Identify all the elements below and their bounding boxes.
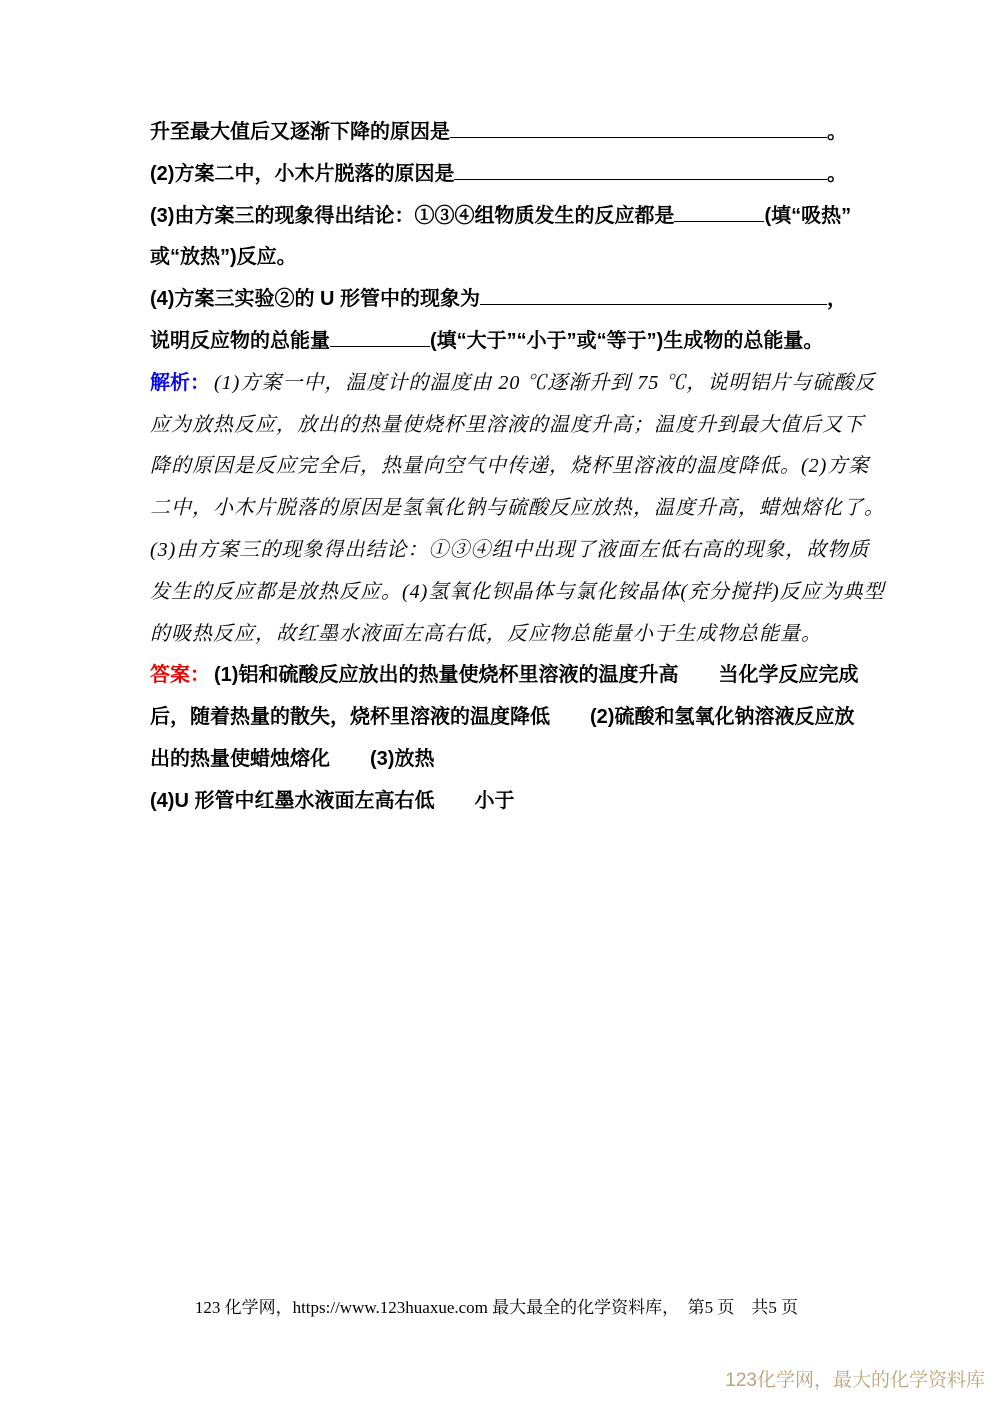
footer-text: 123 化学网，https://www.123huaxue.com 最大最全的化… — [195, 1298, 798, 1317]
analysis-line-6: 发生的反应都是放热反应。(4)氢氧化钡晶体与氯化铵晶体(充分搅拌)反应为典型 — [150, 572, 847, 614]
question-text: 或“放热”)反应。 — [150, 237, 297, 279]
analysis-line-5: (3)由方案三的现象得出结论：①③④组中出现了液面左低右高的现象，故物质 — [150, 530, 847, 572]
analysis-line-4: 二中，小木片脱落的原因是氢氧化钠与硫酸反应放热，温度升高，蜡烛熔化了。 — [150, 488, 847, 530]
answer-line-3: 出的热量使蜡烛熔化 (3)放热 — [150, 739, 847, 781]
answer-line-1: 答案： (1)铝和硫酸反应放出的热量使烧杯里溶液的温度升高 当化学反应完成 — [150, 655, 847, 697]
analysis-text: 降的原因是反应完全后，热量向空气中传递，烧杯里溶液的温度降低。(2)方案 — [150, 446, 869, 488]
answer-text: (4)U 形管中红墨水液面左高右低 小于 — [150, 781, 514, 823]
analysis-line-3: 降的原因是反应完全后，热量向空气中传递，烧杯里溶液的温度降低。(2)方案 — [150, 446, 847, 488]
answer-label: 答案： — [150, 655, 210, 697]
analysis-line-2: 应为放热反应，放出的热量使烧杯里溶液的温度升高；温度升到最大值后又下 — [150, 405, 847, 447]
analysis-text: 的吸热反应，故红墨水液面左高右低，反应物总能量小于生成物总能量。 — [150, 614, 822, 656]
punctuation: ， — [827, 279, 847, 321]
question-line-1-continuation: 升至最大值后又逐渐下降的原因是 。 — [150, 112, 847, 154]
question-text: 升至最大值后又逐渐下降的原因是 — [150, 112, 450, 154]
punctuation: 。 — [827, 112, 847, 154]
analysis-line-7: 的吸热反应，故红墨水液面左高右低，反应物总能量小于生成物总能量。 — [150, 614, 847, 656]
question-text: 说明反应物的总能量 — [150, 321, 330, 363]
question-text-tail: (填“吸热” — [764, 196, 851, 238]
fill-in-blank — [454, 178, 827, 180]
exercise-content: 升至最大值后又逐渐下降的原因是 。 (2)方案二中，小木片脱落的原因是 。 (3… — [150, 112, 847, 823]
analysis-text: 应为放热反应，放出的热量使烧杯里溶液的温度升高；温度升到最大值后又下 — [150, 405, 864, 447]
question-line-6: 说明反应物的总能量 (填“大于”“小于”或“等于”)生成物的总能量。 — [150, 321, 847, 363]
question-line-2: (2)方案二中，小木片脱落的原因是 。 — [150, 154, 847, 196]
analysis-text: 二中，小木片脱落的原因是氢氧化钠与硫酸反应放热，温度升高，蜡烛熔化了。 — [150, 488, 885, 530]
fill-in-blank — [480, 303, 827, 305]
fill-in-blank — [450, 136, 827, 138]
analysis-line-1: 解析： (1)方案一中，温度计的温度由 20 ℃逐渐升到 75 ℃，说明铝片与硫… — [150, 363, 847, 405]
document-page: { "colors": { "page_background": "#fffff… — [0, 0, 993, 1404]
question-line-3: (3)由方案三的现象得出结论：①③④组物质发生的反应都是 (填“吸热” — [150, 196, 847, 238]
question-text: (4)方案三实验②的 U 形管中的现象为 — [150, 279, 480, 321]
fill-in-blank — [674, 220, 764, 222]
question-text-tail: (填“大于”“小于”或“等于”)生成物的总能量。 — [430, 321, 823, 363]
answer-line-2: 后，随着热量的散失，烧杯里溶液的温度降低 (2)硫酸和氢氧化钠溶液反应放 — [150, 697, 847, 739]
answer-text: 后，随着热量的散失，烧杯里溶液的温度降低 (2)硫酸和氢氧化钠溶液反应放 — [150, 697, 854, 739]
question-line-5: (4)方案三实验②的 U 形管中的现象为 ， — [150, 279, 847, 321]
site-watermark: 123化学网，最大的化学资料库 — [725, 1369, 985, 1393]
analysis-text: 发生的反应都是放热反应。(4)氢氧化钡晶体与氯化铵晶体(充分搅拌)反应为典型 — [150, 572, 885, 614]
question-text: (2)方案二中，小木片脱落的原因是 — [150, 154, 454, 196]
punctuation: 。 — [827, 154, 847, 196]
analysis-label: 解析： — [150, 363, 210, 405]
analysis-text: (3)由方案三的现象得出结论：①③④组中出现了液面左低右高的现象，故物质 — [150, 530, 869, 572]
fill-in-blank — [330, 345, 430, 347]
watermark-text: 123化学网，最大的化学资料库 — [725, 1370, 985, 1391]
answer-text: 出的热量使蜡烛熔化 (3)放热 — [150, 739, 434, 781]
answer-text: (1)铝和硫酸反应放出的热量使烧杯里溶液的温度升高 当化学反应完成 — [214, 655, 858, 697]
question-text: (3)由方案三的现象得出结论：①③④组物质发生的反应都是 — [150, 196, 674, 238]
answer-line-4: (4)U 形管中红墨水液面左高右低 小于 — [150, 781, 847, 823]
page-footer: 123 化学网，https://www.123huaxue.com 最大最全的化… — [0, 1297, 993, 1319]
question-line-4: 或“放热”)反应。 — [150, 237, 847, 279]
analysis-text: (1)方案一中，温度计的温度由 20 ℃逐渐升到 75 ℃，说明铝片与硫酸反 — [214, 363, 875, 405]
